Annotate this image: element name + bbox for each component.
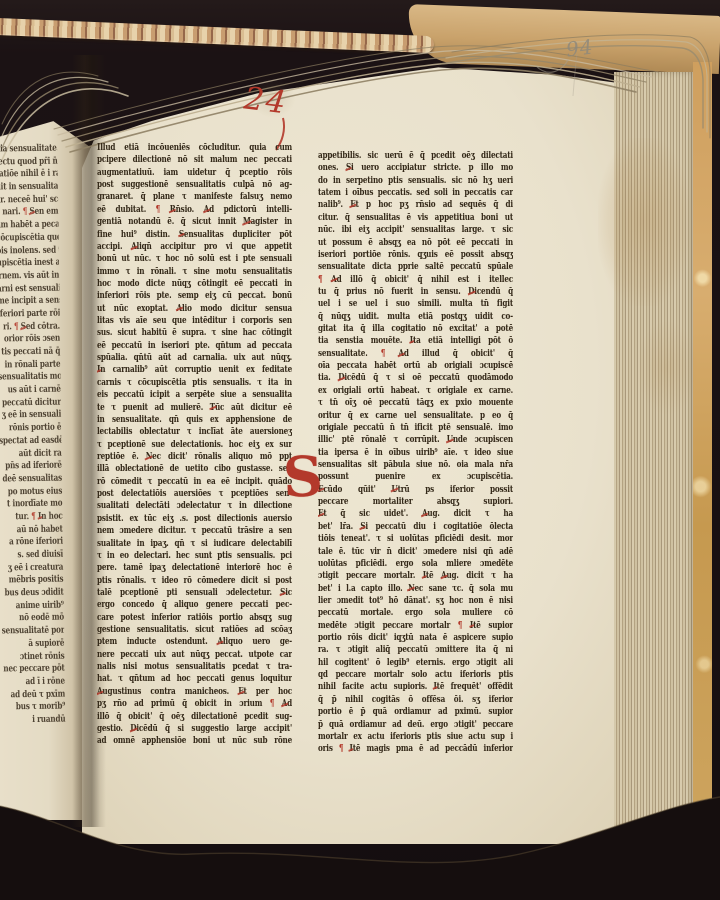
text-line: tia ipersa ē in oībus uirib⁹ aīe. τ ideo… (318, 447, 513, 459)
text-line: rō cōmedit τ peccatū in ea eē incipit. q… (97, 476, 292, 488)
text-line: nari. ¶ Sen em (0, 206, 58, 220)
incunabulum-photo: 24 94 nia sensualitate.lectu quod pr̄i n… (0, 0, 720, 900)
text-line: nalib⁹. Et p hoc pʒ rn̄sio ad sequēs q̄ … (318, 199, 513, 211)
text-line: pere. tamē ipaʒ delectationē interiorē h… (97, 562, 292, 574)
text-line: ɔtigit peccare mortalr. Itē Aug. dicit τ… (318, 570, 513, 582)
text-line: τ pceptionē sue delectationis. hoc eiʒ e… (97, 439, 292, 451)
text-line: lectu quod pr̄i n̄ (0, 155, 58, 169)
text-line: sensualitate. ¶ Ad illud q̄ obicit' q̄ (318, 348, 513, 360)
text-line: ois inolens. sed tā (0, 244, 59, 258)
text-line: cōcupiscētia que (0, 231, 59, 245)
text-line: ʒ eē i creatura (1, 561, 64, 575)
text-line: aūt dicit ra (0, 447, 62, 461)
text-line: bus deus ɔdidit (1, 587, 64, 601)
text-line: ptem inducte ostendunt. Aliquo uero ge- (97, 636, 292, 648)
cover-corner-top-right (407, 4, 720, 74)
text-line: medēte ɔtigit peccare mortalr ¶ Itē supi… (318, 620, 513, 632)
text-line: upiscētia inest ai (0, 257, 59, 271)
text-line: a rōne iferiori (0, 536, 63, 550)
text-line: sensualitate dicta pprie saltē peccatū s… (318, 261, 513, 273)
text-line: sensualitas sit pābula siue nō. oia mala… (318, 459, 513, 471)
text-line: iseriori portiōe rōnis. qʒuis eē possit … (318, 249, 513, 261)
text-line: appetibilis. sic uerū ē q̄ pcedit oēʒ di… (318, 150, 513, 162)
text-line: nia sensualitate. (0, 143, 57, 157)
text-line: sualitate in ipaʒ. qn̄ τ si iudicare del… (97, 538, 292, 550)
text-line: ra. τ ɔtigit aliq̄ peccatū ɔmittere ita … (318, 644, 513, 656)
text-line: eē peccatū in iseriori pte. qn̄tum ad pe… (97, 340, 292, 352)
text-line: bet' i l.a capto illo. Nec sane τc. q̄ s… (318, 583, 513, 595)
text-line: talē pceptionē pti sensuali ɔdelectetur.… (97, 587, 292, 599)
text-line: hil cogitent' ō legib⁹ eternis. ergo ɔti… (318, 657, 513, 669)
text-line: oīa peccata habēt ortū ab origiali ɔcupi… (318, 360, 513, 372)
text-line: litas vis aīe seu que intēditur i corpor… (97, 315, 292, 327)
text-line: peccatū mortale. ergo sola muliere cō (318, 607, 513, 619)
folio-number-red: 24 (242, 83, 289, 119)
text-line: lier ɔmedit tot⁹ hō dānat'. sʒ hoc non ē… (318, 595, 513, 607)
text-line: τ in eo delectari. hec sunt ptis sensual… (97, 550, 292, 562)
lombard-initial: S (282, 448, 324, 504)
text-line: ar. neceē hui' scō (0, 193, 58, 207)
text-line: po motus eius (0, 485, 62, 499)
text-line: nō eodē mō (1, 612, 64, 626)
text-line: ad deū τ pxīm (3, 688, 66, 702)
text-line: τ tn̄ oīʒ oē peccatū tāqʒ ex pxio mouent… (318, 397, 513, 409)
text-line: lectabilis oblectatur τ inclīat āte auer… (97, 426, 292, 438)
text-line: tale ē. tūc vir n̄ dicit' ɔmedere nisi q… (318, 546, 513, 558)
text-line: portio rōis dicit' iqʒtū nata ē aspicere… (318, 632, 513, 644)
text-line: us aūt i carnē (0, 384, 61, 398)
text-line: aū nō habet (0, 523, 63, 537)
text-line: oritur q̄ ex carne uel sensualitate. p e… (318, 410, 513, 422)
text-line: In carnalib⁹ aūt corruptio uenit ex fedi… (97, 364, 292, 376)
text-line: augmentatiuū. iam uidetur q̄ pceptio rōi… (97, 167, 292, 179)
text-line: immo τ in rōnali. τ sine motu sensualita… (97, 266, 292, 278)
text-line: nūc. ibi eiʒ accipit' sensualitas large.… (318, 224, 513, 236)
text-line: ad ī i rōne (2, 675, 65, 689)
text-line: ones. Si uero accipiatur stricte. p illo… (318, 162, 513, 174)
text-line: me incipit a sensua (0, 295, 60, 309)
text-line: pn̄s ad iferiorē (0, 460, 62, 474)
text-line: portio ē p̄ quā ordiamur ad pximū. supio… (318, 706, 513, 718)
text-line: nihil facite actu supioris. Itē frequēt'… (318, 681, 513, 693)
text-line: ¶ Ad illō q̄ obicit' q̄ nihil est i itel… (318, 274, 513, 286)
text-line: tiōis teneat'. τ si uolūtas pficiēdi des… (318, 533, 513, 545)
text-line: gestio. Dicēdū q̄ si suggestio large acc… (97, 723, 292, 735)
left-page-text-fragments: nia sensualitate.lectu quod pr̄i n̄ratiō… (0, 143, 67, 727)
text-line: in rōnali parte (0, 358, 61, 372)
text-line: psistit. ex tūc eiʒ .s. post dilectionis… (97, 513, 292, 525)
text-line: q̄ p̄ nihil cogitās ō offēsa ōi. sʒ ifer… (318, 694, 513, 706)
text-line: hoc modo dicte nūqʒ cōtingit eē peccati … (97, 278, 292, 290)
text-line: arni est sensualitas (0, 282, 59, 296)
text-line: tia. Dicēdū q̄ τ si oē peccatū quodāmodo (318, 372, 513, 384)
text-line: sensualitatis mot⁹ (0, 371, 61, 385)
text-line: nec peccare pōt (2, 663, 65, 677)
text-line: Ecūdo qūit' Utrū ps iferior possit (318, 484, 513, 496)
text-line: origiale peccatū n̄ tn̄ ificit ptē sensu… (318, 422, 513, 434)
text-line: carnis τ cōcupiscētia ptis sensualis. τ … (97, 377, 292, 389)
stain (598, 138, 690, 306)
text-line: deē sensualitas (0, 472, 62, 486)
pencil-foliation: 94 (565, 36, 595, 59)
text-line: gitat ita q̄ illa cogitatio nō excitat' … (318, 323, 513, 335)
text-line: i ruandū (3, 713, 66, 727)
text-line: Illud etiā incōueniēs cōcluditur. quia c… (97, 142, 292, 154)
text-line: bus τ morib⁹ (3, 701, 66, 715)
text-line: nem ɔmedere dicitur. τ peccatū trāsire a… (97, 525, 292, 537)
text-line: inferiori rōis pte. semp eiʒ cū peccat. … (97, 290, 292, 302)
text-line: tia senstia mouēte. Ita etiā intelligi p… (318, 335, 513, 347)
text-line: qd peccare mortalr solo actu iferioris p… (318, 669, 513, 681)
text-line: ex origiali ortū habeat. τ origiale ex c… (318, 385, 513, 397)
text-line: reptiōe ē. Nec dicit' rōnalis aliquo mō … (97, 451, 292, 463)
text-line: ʒ eē in sensuali (0, 409, 61, 423)
text-line: hat. τ qn̄tum ad hoc peccati genus loqui… (97, 673, 292, 685)
text-line: uolūtas pficiēdi. ergo sola mliere ɔmedē… (318, 558, 513, 570)
text-line: post suggestionē sensualitatis culpā nō … (97, 179, 292, 191)
text-line: sensualitatē por (2, 625, 65, 639)
text-column-right: appetibilis. sic uerū ē q̄ pcedit oēʒ di… (318, 150, 514, 756)
text-line: possunt puenire ex ɔcupiscētia. (318, 471, 513, 483)
text-line: peccare mortaliter absqʒ supiori. (318, 496, 513, 508)
text-line: ut nūc exoptat. Alio modo dicitur sensua (97, 303, 292, 315)
text-line: care potest inferior ratiōis portio absq… (97, 612, 292, 624)
text-line: ut possum ē absqʒ ea nō pōt eē peccati i… (318, 237, 513, 249)
text-line: pʒ rn̄o ad primū q̄ obicit in ɔrium ¶ Ad (97, 698, 292, 710)
text-line: illā oblectationē de uetito cibo gustass… (97, 463, 292, 475)
text-line: sualitati delectāti ɔdelectatur τ in dil… (97, 500, 292, 512)
text-line: tatem i oībus peccatis. sed soli in pecc… (318, 187, 513, 199)
text-line: rōnis portio ē (0, 422, 61, 436)
text-line: mēbris positis (1, 574, 64, 588)
text-line: nalis nisi motus sensualitatis pcedat τ … (97, 661, 292, 673)
text-line: ad omnē apphensiōe boni ut nūc sub rōne (97, 735, 292, 747)
text-line: ɔtinet rōnis (2, 650, 65, 664)
text-line: ā supiorē (2, 637, 65, 651)
text-line: orior rōis ɔsen (0, 333, 60, 347)
text-line: tur. ¶ In hoc (0, 511, 63, 525)
text-line: am habēt a pecato (0, 219, 59, 233)
text-line: tis peccati nā q̄ (0, 346, 60, 360)
text-line: spectat ad easdē (0, 434, 62, 448)
text-line: ptis rōnalis. τ ideo rō cōmedere dicit s… (97, 575, 292, 587)
text-line: iferiori parte rōis (0, 308, 60, 322)
text-line: eē dubitat. ¶ Rn̄sio. Ad pdictorū intell… (97, 204, 292, 216)
text-line: illic' ptē rōnalē τ corrūpit. Unde ɔcupi… (318, 434, 513, 446)
text-line: p̄ quā ordiamur ad deū. ergo ɔtigit' pec… (318, 719, 513, 731)
text-line: s. sed diuisī (1, 549, 64, 563)
text-line: nere peccati uix aut nūqʒ peccat. utpote… (97, 649, 292, 661)
text-line: citur. q̄ sensualitas ē vis appetitiua b… (318, 212, 513, 224)
text-line: anime uirib⁹ (1, 599, 64, 613)
text-line: t inordīate mo (0, 498, 62, 512)
text-line: in sensualitate. qn̄ quis ex apphensione… (97, 414, 292, 426)
text-line: te τ puenit ad mulierē. Tūc aūt dicitur … (97, 402, 292, 414)
stain (636, 320, 698, 416)
text-line: q̄ nūqʒ uidit. multa etiā postqʒ uidit c… (318, 311, 513, 323)
text-line: oris ¶ Itē magis pma ē ad peccādū inferi… (318, 743, 513, 755)
text-line: uel i se uel i suo simili. multa tn̄ fig… (318, 298, 513, 310)
text-line: pcipere dilectionē nō sit malum nec pecc… (97, 154, 292, 166)
headband (0, 18, 434, 53)
text-line: ratiōe nihil ē i ra (0, 168, 58, 182)
text-line: illō q̄ obicit' q̄ oēʒ dilectationē pced… (97, 711, 292, 723)
text-line: fine hui⁹ distin. Sensualitas dupliciter… (97, 229, 292, 241)
text-line: spūalia. qn̄tū aūt ad carnalia. uix aut … (97, 352, 292, 364)
text-line: gentiā notandū ē. q̄ sicut innit Magiste… (97, 216, 292, 228)
text-line: peccatū dicitur (0, 396, 61, 410)
text-line: granaret. q̄ plane τ manifeste falsuʒ ne… (97, 191, 292, 203)
text-line: tu q̄ prius nō fuerit in sensu. Dicendū … (318, 286, 513, 298)
text-line: bet' lr̄a. Si peccatū diu i cogitatiōe ō… (318, 521, 513, 533)
text-line: sus. sicut habitū ē supra. τ sine hac cō… (97, 327, 292, 339)
text-line: rnem. vis aūt in (0, 269, 59, 283)
cover-edge-strip (693, 62, 712, 834)
text-line: Et q̄ sic uidet'. Aug. dicit τ ha (318, 508, 513, 520)
text-line: do in serpetino ptis sensualis. sic nō h… (318, 175, 513, 187)
text-line: eis peccatū icipit a serpēte siue a sens… (97, 389, 292, 401)
text-line: gestione sensualitatis. sicut ratiōes ad… (97, 624, 292, 636)
text-line: ri. ¶ Sed cōtra. (0, 320, 60, 334)
text-line: uit in sensualitate. (0, 181, 58, 195)
text-line: post delectatiōis auersiōes τ pceptiōes … (97, 488, 292, 500)
text-line: bonū ut nūc. τ hoc nō solū est i pte sen… (97, 253, 292, 265)
text-line: accipi. Aliqn̄ accipitur pro vi que appe… (97, 241, 292, 253)
text-line: mortalr ex actu iferioris ptis siue actu… (318, 731, 513, 743)
text-line: ergo concedo q̄ aliquo genere peccati pe… (97, 599, 292, 611)
text-line: Augustinus contra manicheos. Et per hoc (97, 686, 292, 698)
text-column-left: Illud etiā incōueniēs cōcluditur. quia c… (97, 142, 293, 748)
